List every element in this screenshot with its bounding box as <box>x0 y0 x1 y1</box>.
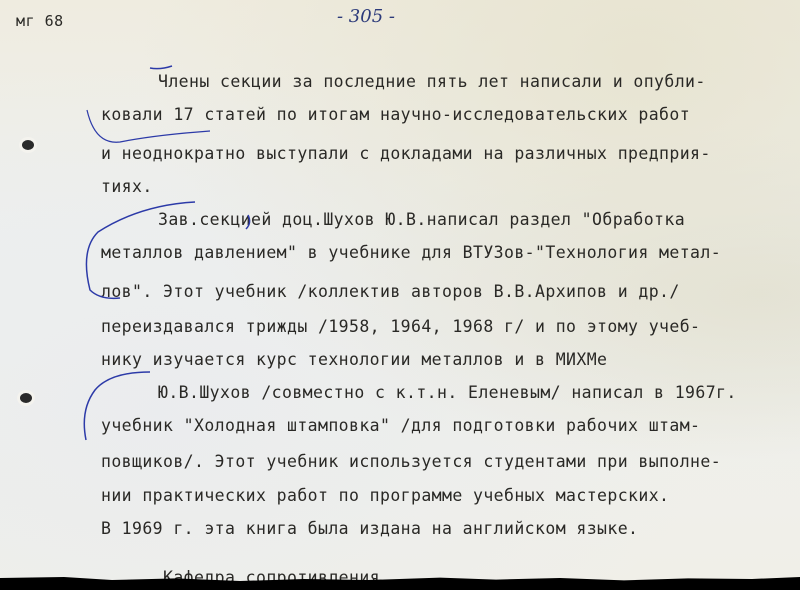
text-line: учебник "Холодная штамповка" /для подгот… <box>101 416 700 435</box>
text-line: тиях. <box>101 177 153 196</box>
archive-code: мг 68 <box>16 12 64 30</box>
text-line: металлов давлением" в учебнике для ВТУЗо… <box>101 243 721 262</box>
text-line: Ю.В.Шухов /совместно с к.т.н. Еленевым/ … <box>158 383 737 402</box>
text-line: Зав.секцией доц.Шухов Ю.В.написал раздел… <box>158 210 685 229</box>
text-line: Члены секции за последние пять лет напис… <box>158 72 706 91</box>
punch-hole <box>22 140 34 150</box>
text-line: повщиков/. Этот учебник используется сту… <box>101 452 721 471</box>
text-line: и неоднократно выступали с докладами на … <box>101 144 711 163</box>
text-line: В 1969 г. эта книга была издана на англи… <box>101 519 638 538</box>
text-line: переиздавался трижды /1958, 1964, 1968 г… <box>101 317 700 336</box>
page-number: - 305 - <box>337 6 395 27</box>
text-line: лов". Этот учебник /коллектив авторов В.… <box>101 282 680 301</box>
text-line: нии практических работ по программе учеб… <box>101 486 669 505</box>
punch-hole <box>20 393 32 403</box>
text-line: нику изучается курс технологии металлов … <box>101 350 607 369</box>
text-line: ковали 17 статей по итогам научно-исслед… <box>101 105 690 124</box>
